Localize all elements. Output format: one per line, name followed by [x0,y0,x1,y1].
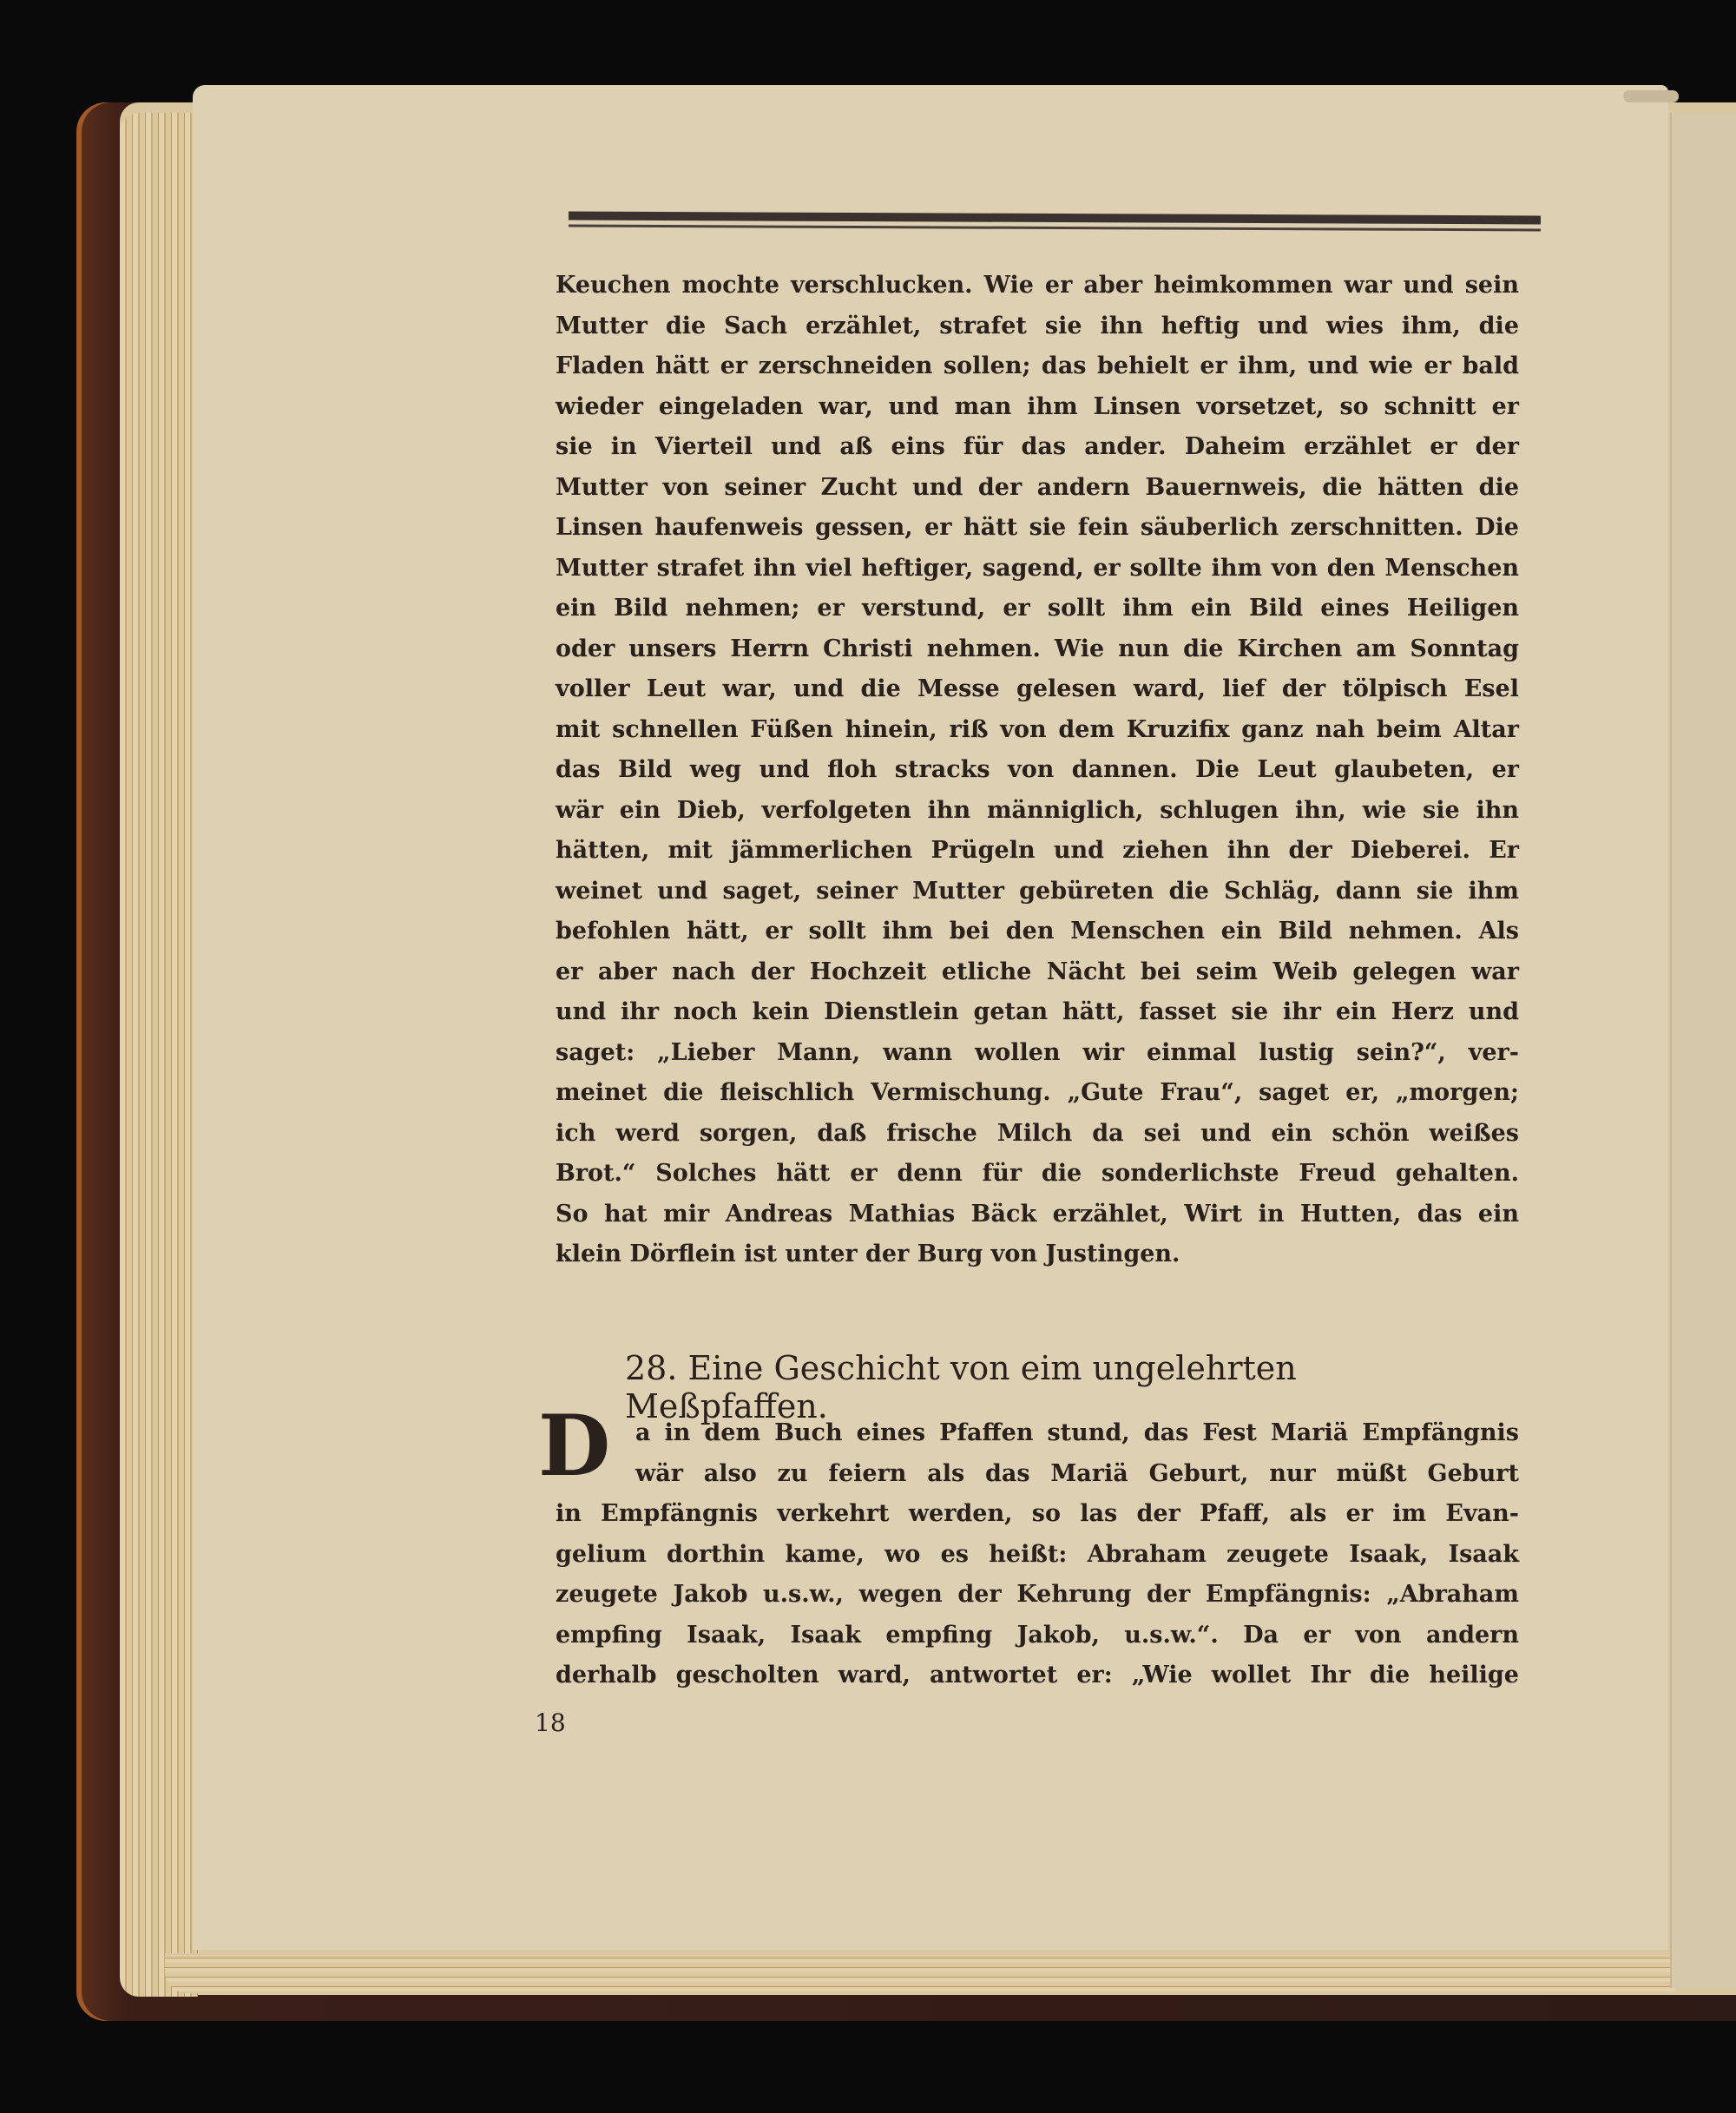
text-line: das Bild weg und floh stracks von dannen… [556,750,1519,791]
text-line: gelium dorthin kame, wo es heißt: Abraha… [556,1535,1519,1576]
page-edges-left [120,113,198,1997]
text-line: und ihr noch kein Dienstlein getan hätt,… [556,992,1519,1033]
text-line: klein Dörflein ist unter der Burg von Ju… [556,1234,1519,1275]
text-line: a in dem Buch eines Pfaffen stund, das F… [556,1413,1519,1454]
text-line: So hat mir Andreas Mathias Bäck erzählet… [556,1195,1519,1235]
text-line: saget: „Lieber Mann, wann wollen wir ein… [556,1033,1519,1074]
text-line: voller Leut war, und die Messe gelesen w… [556,669,1519,710]
text-line: wieder eingeladen war, und man ihm Linse… [556,387,1519,428]
page-number: 18 [535,1708,566,1737]
text-line: ein Bild nehmen; er verstund, er sollt i… [556,589,1519,629]
continued-paragraph: Keuchen mochte verschlucken. Wie er aber… [556,266,1519,1275]
text-line: Fladen hätt er zerschneiden sollen; das … [556,346,1519,387]
text-line: meinet die fleischlich Vermischung. „Gut… [556,1073,1519,1114]
text-line: empfing Isaak, Isaak empfing Jakob, u.s.… [556,1616,1519,1656]
text-line: weinet und saget, seiner Mutter gebürete… [556,872,1519,912]
page-edges-bottom [165,1953,1675,1993]
text-line: Linsen haufenweis gessen, er hätt sie fe… [556,508,1519,549]
bookmark-ribbon [1623,90,1679,102]
text-line: Brot.“ Solches hätt er denn für die sond… [556,1154,1519,1195]
chapter-paragraph: a in dem Buch eines Pfaffen stund, das F… [556,1413,1519,1696]
text-line: in Empfängnis verkehrt werden, so las de… [556,1494,1519,1535]
text-line: Mutter die Sach erzählet, strafet sie ih… [556,306,1519,347]
text-line: oder unsers Herrn Christi nehmen. Wie nu… [556,629,1519,670]
text-line: er aber nach der Hochzeit etliche Nächt … [556,952,1519,993]
text-line: mit schnellen Füßen hinein, riß von dem … [556,710,1519,751]
text-line: sie in Vierteil und aß eins für das ande… [556,427,1519,468]
text-line: derhalb gescholten ward, antwortet er: „… [556,1656,1519,1696]
facing-page [1670,113,1736,1988]
text-line: Mutter strafet ihn viel heftiger, sagend… [556,549,1519,589]
text-line: Keuchen mochte verschlucken. Wie er aber… [556,266,1519,306]
text-line: hätten, mit jämmerlichen Prügeln und zie… [556,831,1519,872]
text-line: wär also zu feiern als das Mariä Geburt,… [556,1454,1519,1495]
text-line: wär ein Dieb, verfolgeten ihn männiglich… [556,791,1519,832]
text-line: ich werd sorgen, daß frische Milch da se… [556,1114,1519,1155]
text-line: befohlen hätt, er sollt ihm bei den Mens… [556,912,1519,952]
text-line: zeugete Jakob u.s.w., wegen der Kehrung … [556,1575,1519,1616]
text-line: Mutter von seiner Zucht und der andern B… [556,468,1519,509]
